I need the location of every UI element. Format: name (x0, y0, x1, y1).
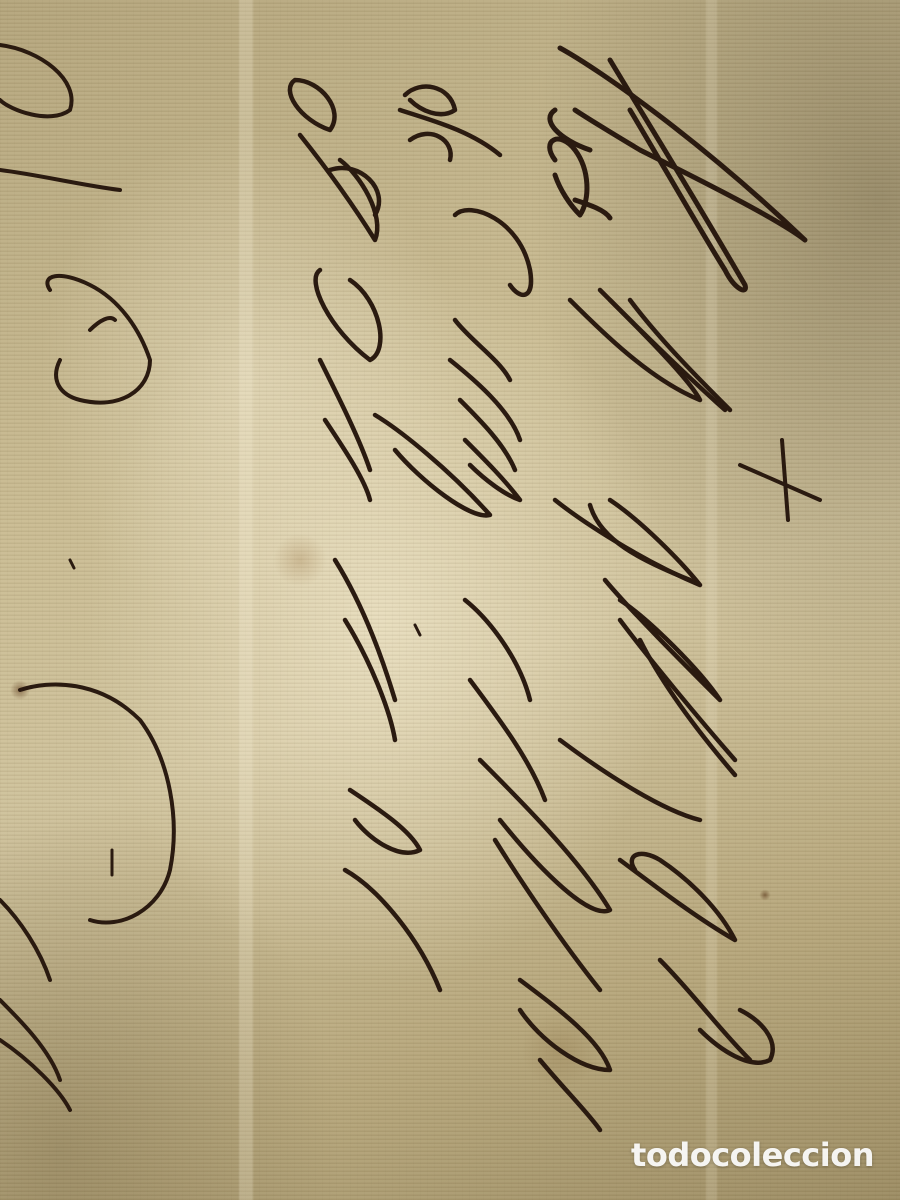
handwriting-ink (0, 0, 900, 1200)
handwriting-line-1b (555, 290, 773, 1063)
ink-specks (70, 560, 420, 875)
watermark-text: todocoleccion (631, 1136, 874, 1174)
handwriting-left-margin (0, 45, 174, 1110)
manuscript-photo: todocoleccion (0, 0, 900, 1200)
cross-mark (740, 440, 820, 520)
handwriting-line-3 (290, 80, 490, 990)
handwriting-line-1 (550, 48, 805, 290)
